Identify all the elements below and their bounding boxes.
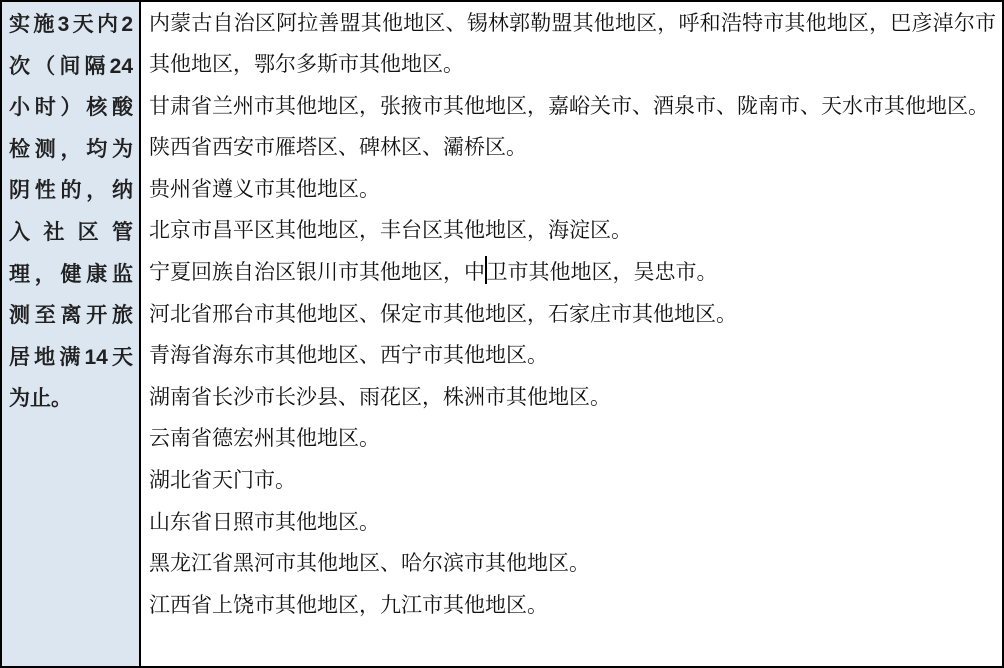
region-row-neimenggu[interactable]: 内蒙古自治区阿拉善盟其他地区、锡林郭勒盟其他地区，呼和浩特市其他地区，巴彦淖尔市… — [149, 3, 996, 86]
region-row-guizhou[interactable]: 贵州省遵义市其他地区。 — [149, 169, 996, 211]
regions-cell[interactable]: 内蒙古自治区阿拉善盟其他地区、锡林郭勒盟其他地区，呼和浩特市其他地区，巴彦淖尔市… — [141, 2, 1002, 666]
covid-policy-table: 实施3天内2次（间隔24小时）核酸检测，均为阴性的，纳入社区管理，健康监测至离开… — [0, 0, 1004, 668]
region-row-shaanxi[interactable]: 陕西省西安市雁塔区、碑林区、灞桥区。 — [149, 127, 996, 169]
region-row-shandong[interactable]: 山东省日照市其他地区。 — [149, 502, 996, 544]
region-row-hebei[interactable]: 河北省邢台市其他地区、保定市其他地区，石家庄市其他地区。 — [149, 294, 996, 336]
region-row-ningxia-before-caret: 宁夏回族自治区银川市其他地区，中 — [149, 261, 485, 284]
region-row-ningxia[interactable]: 宁夏回族自治区银川市其他地区，中卫市其他地区，吴忠市。 — [149, 252, 996, 294]
region-row-heilongjiang[interactable]: 黑龙江省黑河市其他地区、哈尔滨市其他地区。 — [149, 543, 996, 585]
region-row-gansu[interactable]: 甘肃省兰州市其他地区，张掖市其他地区，嘉峪关市、酒泉市、陇南市、天水市其他地区。 — [149, 86, 996, 128]
region-row-ningxia-after-caret: 卫市其他地区，吴忠市。 — [487, 261, 718, 284]
region-row-jiangxi[interactable]: 江西省上饶市其他地区，九江市其他地区。 — [149, 585, 996, 627]
region-row-qinghai[interactable]: 青海省海东市其他地区、西宁市其他地区。 — [149, 335, 996, 377]
region-row-hubei[interactable]: 湖北省天门市。 — [149, 460, 996, 502]
region-row-beijing[interactable]: 北京市昌平区其他地区，丰台区其他地区，海淀区。 — [149, 210, 996, 252]
region-row-yunnan[interactable]: 云南省德宏州其他地区。 — [149, 418, 996, 460]
policy-text[interactable]: 实施3天内2次（间隔24小时）核酸检测，均为阴性的，纳入社区管理，健康监测至离开… — [9, 4, 133, 420]
policy-cell[interactable]: 实施3天内2次（间隔24小时）核酸检测，均为阴性的，纳入社区管理，健康监测至离开… — [2, 2, 141, 666]
region-row-hunan[interactable]: 湖南省长沙市长沙县、雨花区，株洲市其他地区。 — [149, 377, 996, 419]
